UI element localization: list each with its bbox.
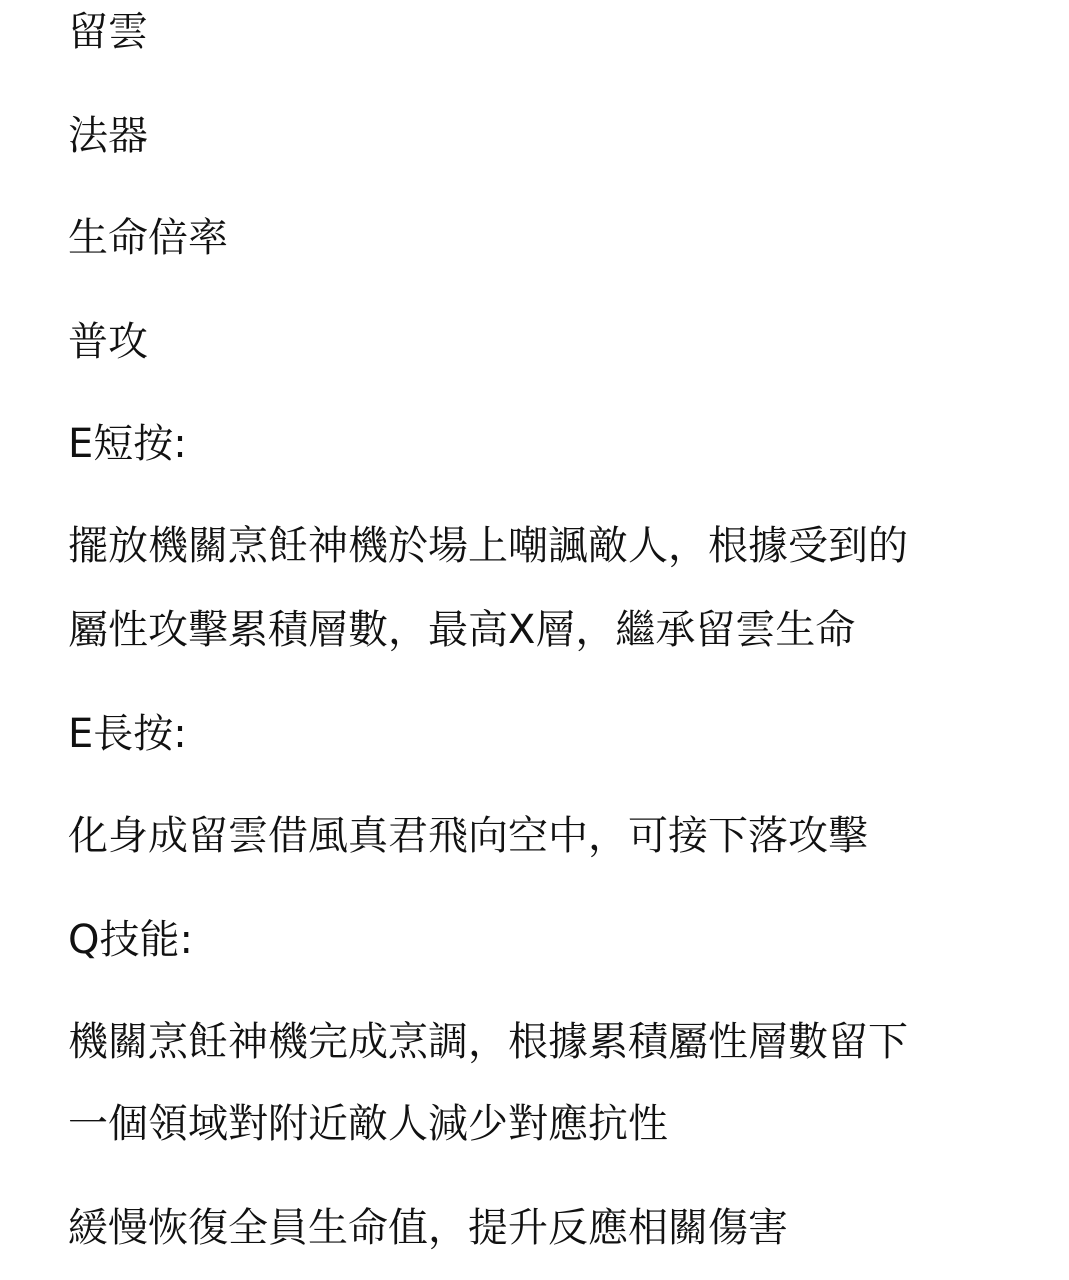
q-skill-description-line: 機關烹飪神機完成烹調，根據累積屬性層數留下 [68,1018,908,1066]
normal-attack-heading: 普攻 [68,318,148,366]
e-tap-heading: E短按: [68,420,187,468]
weapon-type: 法器 [68,112,148,160]
e-hold-description-line: 化身成留雲借風真君飛向空中，可接下落攻擊 [68,812,868,860]
q-skill-description-line: 一個領域對附近敵人減少對應抗性 [68,1100,668,1148]
e-hold-heading: E長按: [68,710,187,758]
e-tap-description-line: 屬性攻擊累積層數，最高X層，繼承留雲生命 [68,606,855,654]
character-name: 留雲 [68,8,148,56]
e-tap-description-line: 擺放機關烹飪神機於場上嘲諷敵人，根據受到的 [68,522,908,570]
scaling-stat: 生命倍率 [68,214,228,262]
q-skill-description-line: 緩慢恢復全員生命值，提升反應相關傷害 [68,1204,788,1252]
q-skill-heading: Q技能: [68,916,193,964]
